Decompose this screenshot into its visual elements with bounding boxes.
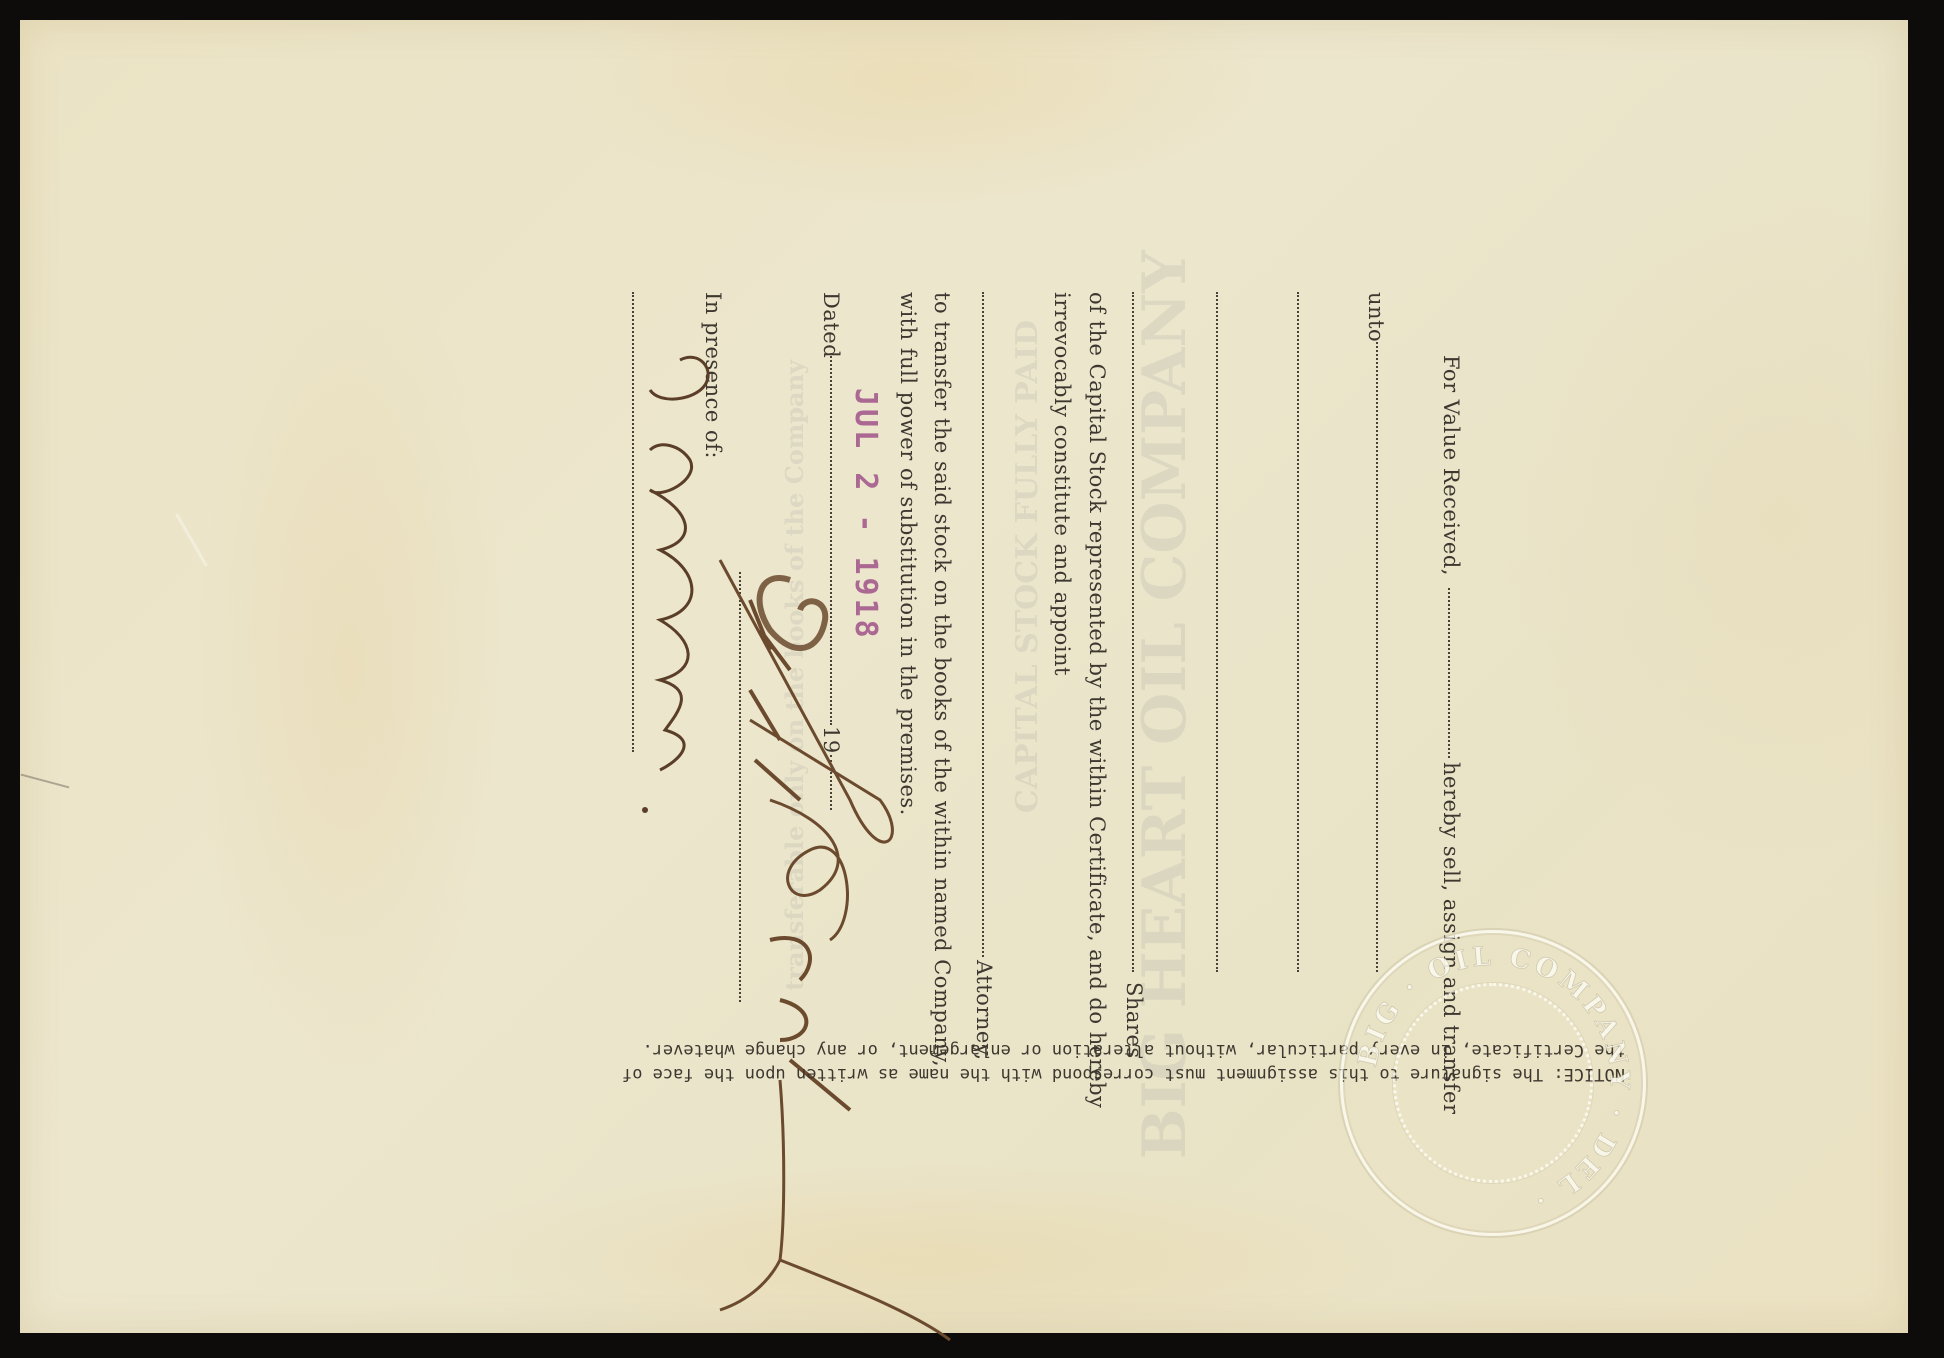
shares-line[interactable] — [1132, 292, 1134, 972]
corporate-seal: BIG · OIL COMPANY · DEL · — [1340, 930, 1646, 1236]
irrevocably-text: irrevocably constitute and appoint — [1051, 292, 1072, 676]
assignee-line-3[interactable] — [1216, 292, 1218, 972]
crease — [21, 774, 70, 789]
certificate-paper: BIG HEART OIL COMPANY CAPITAL STOCK FULL… — [20, 20, 1908, 1333]
attorney-line[interactable] — [982, 292, 984, 957]
capital-stock-text: of the Capital Stock represented by the … — [1086, 292, 1107, 1108]
show-through-text: CAPITAL STOCK FULLY PAID — [1010, 320, 1045, 813]
crease — [175, 513, 208, 566]
unto-label: unto — [1365, 292, 1386, 342]
assignee-line-2[interactable] — [1297, 292, 1299, 972]
dated-label: Dated — [820, 292, 841, 358]
assignee-line[interactable] — [1376, 342, 1378, 972]
for-value-received-label: For Value Received, — [1440, 355, 1461, 576]
assignor-name-line[interactable] — [1448, 588, 1450, 758]
svg-text:BIG · OIL COMPANY · DEL ·: BIG · OIL COMPANY · DEL · — [1353, 942, 1634, 1217]
corporate-seal-text: BIG · OIL COMPANY · DEL · — [1343, 933, 1643, 1233]
